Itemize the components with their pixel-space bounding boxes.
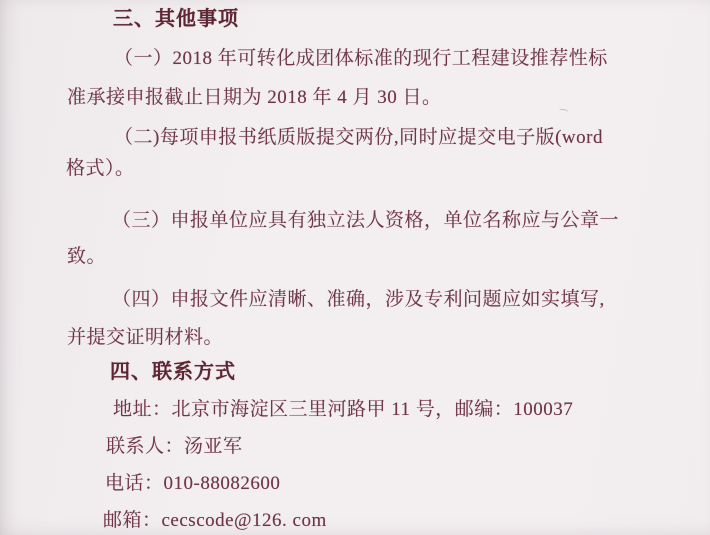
- item-3-line-1: （三）申报单位应具有独立法人资格，单位名称应与公章一: [112, 209, 619, 233]
- item-2-line-2: 格式）。: [66, 157, 135, 181]
- section-heading-other-matters: 三、其他事项: [113, 7, 239, 31]
- section-heading-contact: 四、联系方式: [110, 360, 236, 384]
- scan-speck-artifact: [559, 108, 569, 114]
- contact-phone: 电话：010-88082600: [105, 472, 280, 496]
- contact-person: 联系人：汤亚军: [106, 435, 243, 459]
- contact-address: 地址：北京市海淀区三里河路甲 11 号，邮编：100037: [113, 398, 573, 422]
- scanned-document-page: 三、其他事项 （一）2018 年可转化成团体标准的现行工程建设推荐性标 准承接申…: [0, 0, 710, 535]
- item-2-line-1: （二)每项申报书纸质版提交两份,同时应提交电子版(word: [114, 126, 603, 150]
- contact-email: 邮箱：cecscode@126. com: [103, 509, 327, 533]
- item-4-line-2: 并提交证明材料。: [67, 326, 223, 350]
- item-4-line-1: （四）申报文件应清晰、准确，涉及专利问题应如实填写,: [112, 288, 605, 312]
- item-1-line-2: 准承接申报截止日期为 2018 年 4 月 30 日。: [67, 86, 442, 110]
- item-1-line-1: （一）2018 年可转化成团体标准的现行工程建设推荐性标: [114, 47, 608, 71]
- item-3-line-2: 致。: [67, 245, 106, 269]
